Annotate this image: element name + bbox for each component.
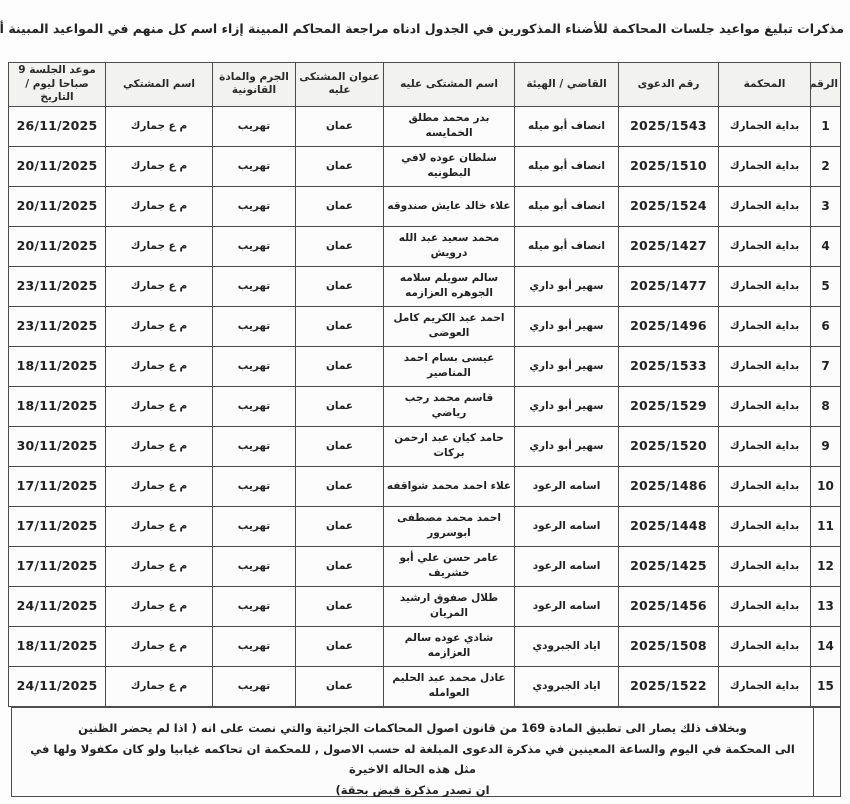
cell-judge: سهير أبو داري: [515, 346, 619, 386]
cell-number: 8: [811, 386, 841, 426]
cell-number: 11: [811, 506, 841, 546]
cell-number: 4: [811, 226, 841, 266]
cell-number: 1: [811, 106, 841, 146]
hearings-table: الرقم المحكمة رقم الدعوى القاضي / الهيئة…: [8, 62, 841, 707]
page-title: مذكرات تبليغ مواعيد جلسات المحاكمة للأضن…: [4, 21, 844, 36]
table-row: 14 بداية الجمارك 2025/1508 اياد الجبرودي…: [9, 626, 841, 666]
table-header: الرقم المحكمة رقم الدعوى القاضي / الهيئة…: [9, 63, 841, 107]
table-row: 4 بداية الجمارك 2025/1427 انصاف أبو ميله…: [9, 226, 841, 266]
cell-defendant-address: عمان: [296, 226, 384, 266]
header-defendant-address: عنوان المشتكى عليه: [296, 63, 384, 107]
table-row: 7 بداية الجمارك 2025/1533 سهير أبو داري …: [9, 346, 841, 386]
cell-defendant-address: عمان: [296, 666, 384, 706]
cell-crime: تهريب: [213, 266, 296, 306]
cell-defendant-address: عمان: [296, 106, 384, 146]
cell-number: 3: [811, 186, 841, 226]
cell-hearing-date: 18/11/2025: [9, 626, 106, 666]
cell-defendant-address: عمان: [296, 146, 384, 186]
cell-defendant-name: عامر حسن علي أبو خشريف: [384, 546, 515, 586]
cell-defendant-address: عمان: [296, 186, 384, 226]
cell-complainant: م ع جمارك: [106, 666, 213, 706]
cell-judge: انصاف أبو ميله: [515, 146, 619, 186]
cell-number: 15: [811, 666, 841, 706]
cell-defendant-name: علاء احمد محمد شواقفه: [384, 466, 515, 506]
cell-defendant-address: عمان: [296, 306, 384, 346]
footer-note-box: وبخلاف ذلك يصار الى تطبيق المادة 169 من …: [11, 707, 841, 797]
cell-complainant: م ع جمارك: [106, 506, 213, 546]
cell-court: بداية الجمارك: [719, 186, 811, 226]
cell-defendant-address: عمان: [296, 466, 384, 506]
cell-defendant-name: علاء خالد عايش صندوقه: [384, 186, 515, 226]
cell-hearing-date: 24/11/2025: [9, 666, 106, 706]
cell-number: 12: [811, 546, 841, 586]
cell-number: 14: [811, 626, 841, 666]
cell-hearing-date: 17/11/2025: [9, 506, 106, 546]
cell-hearing-date: 26/11/2025: [9, 106, 106, 146]
table-row: 8 بداية الجمارك 2025/1529 سهير أبو داري …: [9, 386, 841, 426]
table-row: 13 بداية الجمارك 2025/1456 اسامه الرعود …: [9, 586, 841, 626]
table-row: 6 بداية الجمارك 2025/1496 سهير أبو داري …: [9, 306, 841, 346]
cell-crime: تهريب: [213, 586, 296, 626]
cell-case-number: 2025/1510: [619, 146, 719, 186]
cell-hearing-date: 17/11/2025: [9, 546, 106, 586]
header-crime: الجرم والمادة القانونية: [213, 63, 296, 107]
footer-note-line: وبخلاف ذلك يصار الى تطبيق المادة 169 من …: [26, 718, 799, 739]
header-number: الرقم: [811, 63, 841, 107]
cell-defendant-name: احمد محمد مصطفى ابوسرور: [384, 506, 515, 546]
cell-complainant: م ع جمارك: [106, 186, 213, 226]
cell-crime: تهريب: [213, 666, 296, 706]
cell-judge: اسامه الرعود: [515, 466, 619, 506]
cell-crime: تهريب: [213, 626, 296, 666]
cell-hearing-date: 18/11/2025: [9, 386, 106, 426]
cell-judge: انصاف أبو ميله: [515, 106, 619, 146]
cell-defendant-name: سالم سويلم سلامه الجوهره العزازمه: [384, 266, 515, 306]
document-page: مذكرات تبليغ مواعيد جلسات المحاكمة للأضن…: [0, 0, 850, 804]
cell-defendant-name: بدر محمد مطلق الخمايسه: [384, 106, 515, 146]
cell-case-number: 2025/1425: [619, 546, 719, 586]
cell-defendant-name: قاسم محمد رجب رياضي: [384, 386, 515, 426]
cell-judge: انصاف أبو ميله: [515, 186, 619, 226]
cell-number: 5: [811, 266, 841, 306]
cell-court: بداية الجمارك: [719, 426, 811, 466]
cell-hearing-date: 24/11/2025: [9, 586, 106, 626]
cell-court: بداية الجمارك: [719, 626, 811, 666]
cell-hearing-date: 20/11/2025: [9, 146, 106, 186]
table-row: 1 بداية الجمارك 2025/1543 انصاف أبو ميله…: [9, 106, 841, 146]
cell-court: بداية الجمارك: [719, 666, 811, 706]
cell-crime: تهريب: [213, 226, 296, 266]
footer-side-cell: [813, 708, 840, 796]
table-header-row: الرقم المحكمة رقم الدعوى القاضي / الهيئة…: [9, 63, 841, 107]
cell-case-number: 2025/1508: [619, 626, 719, 666]
cell-court: بداية الجمارك: [719, 466, 811, 506]
cell-case-number: 2025/1524: [619, 186, 719, 226]
cell-crime: تهريب: [213, 186, 296, 226]
cell-number: 7: [811, 346, 841, 386]
cell-complainant: م ع جمارك: [106, 386, 213, 426]
cell-case-number: 2025/1496: [619, 306, 719, 346]
table-row: 9 بداية الجمارك 2025/1520 سهير أبو داري …: [9, 426, 841, 466]
cell-number: 10: [811, 466, 841, 506]
cell-judge: سهير أبو داري: [515, 386, 619, 426]
cell-complainant: م ع جمارك: [106, 426, 213, 466]
cell-court: بداية الجمارك: [719, 306, 811, 346]
cell-crime: تهريب: [213, 506, 296, 546]
table-row: 10 بداية الجمارك 2025/1486 اسامه الرعود …: [9, 466, 841, 506]
cell-court: بداية الجمارك: [719, 506, 811, 546]
header-judge: القاضي / الهيئة: [515, 63, 619, 107]
cell-number: 13: [811, 586, 841, 626]
cell-hearing-date: 18/11/2025: [9, 346, 106, 386]
cell-complainant: م ع جمارك: [106, 226, 213, 266]
cell-number: 6: [811, 306, 841, 346]
cell-case-number: 2025/1522: [619, 666, 719, 706]
cell-hearing-date: 23/11/2025: [9, 266, 106, 306]
cell-crime: تهريب: [213, 466, 296, 506]
cell-complainant: م ع جمارك: [106, 626, 213, 666]
cell-hearing-date: 20/11/2025: [9, 226, 106, 266]
cell-defendant-name: شادي عوده سالم العزازمه: [384, 626, 515, 666]
cell-court: بداية الجمارك: [719, 346, 811, 386]
header-hearing-date: موعد الجلسة 9 صباحا ليوم / التاريخ: [9, 63, 106, 107]
cell-defendant-address: عمان: [296, 386, 384, 426]
cell-defendant-name: احمد عبد الكريم كامل العوضى: [384, 306, 515, 346]
footer-note-line: الى المحكمة في اليوم والساعة المعينين في…: [26, 739, 799, 780]
cell-crime: تهريب: [213, 306, 296, 346]
header-defendant-name: اسم المشتكى عليه: [384, 63, 515, 107]
cell-defendant-address: عمان: [296, 586, 384, 626]
cell-case-number: 2025/1543: [619, 106, 719, 146]
cell-case-number: 2025/1477: [619, 266, 719, 306]
cell-hearing-date: 30/11/2025: [9, 426, 106, 466]
cell-complainant: م ع جمارك: [106, 346, 213, 386]
header-case-number: رقم الدعوى: [619, 63, 719, 107]
cell-judge: اياد الجبرودي: [515, 626, 619, 666]
cell-judge: سهير أبو داري: [515, 306, 619, 346]
cell-case-number: 2025/1456: [619, 586, 719, 626]
cell-complainant: م ع جمارك: [106, 306, 213, 346]
cell-judge: سهير أبو داري: [515, 426, 619, 466]
cell-court: بداية الجمارك: [719, 586, 811, 626]
cell-defendant-name: محمد سعيد عبد الله درويش: [384, 226, 515, 266]
cell-complainant: م ع جمارك: [106, 546, 213, 586]
cell-crime: تهريب: [213, 386, 296, 426]
cell-complainant: م ع جمارك: [106, 466, 213, 506]
cell-court: بداية الجمارك: [719, 106, 811, 146]
cell-defendant-name: سلطان عوده لافي البطونيه: [384, 146, 515, 186]
cell-case-number: 2025/1533: [619, 346, 719, 386]
cell-complainant: م ع جمارك: [106, 266, 213, 306]
cell-crime: تهريب: [213, 346, 296, 386]
cell-hearing-date: 20/11/2025: [9, 186, 106, 226]
table-row: 3 بداية الجمارك 2025/1524 انصاف أبو ميله…: [9, 186, 841, 226]
table-row: 5 بداية الجمارك 2025/1477 سهير أبو داري …: [9, 266, 841, 306]
cell-case-number: 2025/1529: [619, 386, 719, 426]
cell-crime: تهريب: [213, 546, 296, 586]
cell-number: 2: [811, 146, 841, 186]
cell-defendant-address: عمان: [296, 426, 384, 466]
cell-defendant-address: عمان: [296, 266, 384, 306]
cell-complainant: م ع جمارك: [106, 586, 213, 626]
cell-case-number: 2025/1520: [619, 426, 719, 466]
table-row: 2 بداية الجمارك 2025/1510 انصاف أبو ميله…: [9, 146, 841, 186]
cell-hearing-date: 17/11/2025: [9, 466, 106, 506]
cell-court: بداية الجمارك: [719, 226, 811, 266]
cell-defendant-address: عمان: [296, 546, 384, 586]
cell-crime: تهريب: [213, 146, 296, 186]
cell-defendant-name: طلال صفوق ارشيد المريان: [384, 586, 515, 626]
cell-crime: تهريب: [213, 426, 296, 466]
header-complainant: اسم المشتكي: [106, 63, 213, 107]
table-row: 11 بداية الجمارك 2025/1448 اسامه الرعود …: [9, 506, 841, 546]
cell-court: بداية الجمارك: [719, 146, 811, 186]
cell-hearing-date: 23/11/2025: [9, 306, 106, 346]
cell-judge: اياد الجبرودي: [515, 666, 619, 706]
cell-court: بداية الجمارك: [719, 266, 811, 306]
cell-number: 9: [811, 426, 841, 466]
table-row: 12 بداية الجمارك 2025/1425 اسامه الرعود …: [9, 546, 841, 586]
cell-defendant-name: عيسى بسام احمد المناصير: [384, 346, 515, 386]
cell-judge: اسامه الرعود: [515, 546, 619, 586]
table-body: 1 بداية الجمارك 2025/1543 انصاف أبو ميله…: [9, 106, 841, 706]
cell-crime: تهريب: [213, 106, 296, 146]
cell-judge: انصاف أبو ميله: [515, 226, 619, 266]
cell-court: بداية الجمارك: [719, 386, 811, 426]
cell-case-number: 2025/1448: [619, 506, 719, 546]
footer-note-line: ان تصدر مذكرة قبض بحقة): [26, 780, 799, 801]
cell-defendant-name: عادل محمد عبد الحليم العوامله: [384, 666, 515, 706]
cell-complainant: م ع جمارك: [106, 106, 213, 146]
cell-judge: اسامه الرعود: [515, 506, 619, 546]
header-court: المحكمة: [719, 63, 811, 107]
cell-judge: اسامه الرعود: [515, 586, 619, 626]
cell-defendant-name: حامد كيان عبد ارحمن بركات: [384, 426, 515, 466]
footer-note: وبخلاف ذلك يصار الى تطبيق المادة 169 من …: [12, 708, 813, 796]
cell-complainant: م ع جمارك: [106, 146, 213, 186]
cell-defendant-address: عمان: [296, 506, 384, 546]
cell-court: بداية الجمارك: [719, 546, 811, 586]
cell-judge: سهير أبو داري: [515, 266, 619, 306]
cell-defendant-address: عمان: [296, 346, 384, 386]
cell-case-number: 2025/1427: [619, 226, 719, 266]
table-row: 15 بداية الجمارك 2025/1522 اياد الجبرودي…: [9, 666, 841, 706]
cell-defendant-address: عمان: [296, 626, 384, 666]
cell-case-number: 2025/1486: [619, 466, 719, 506]
